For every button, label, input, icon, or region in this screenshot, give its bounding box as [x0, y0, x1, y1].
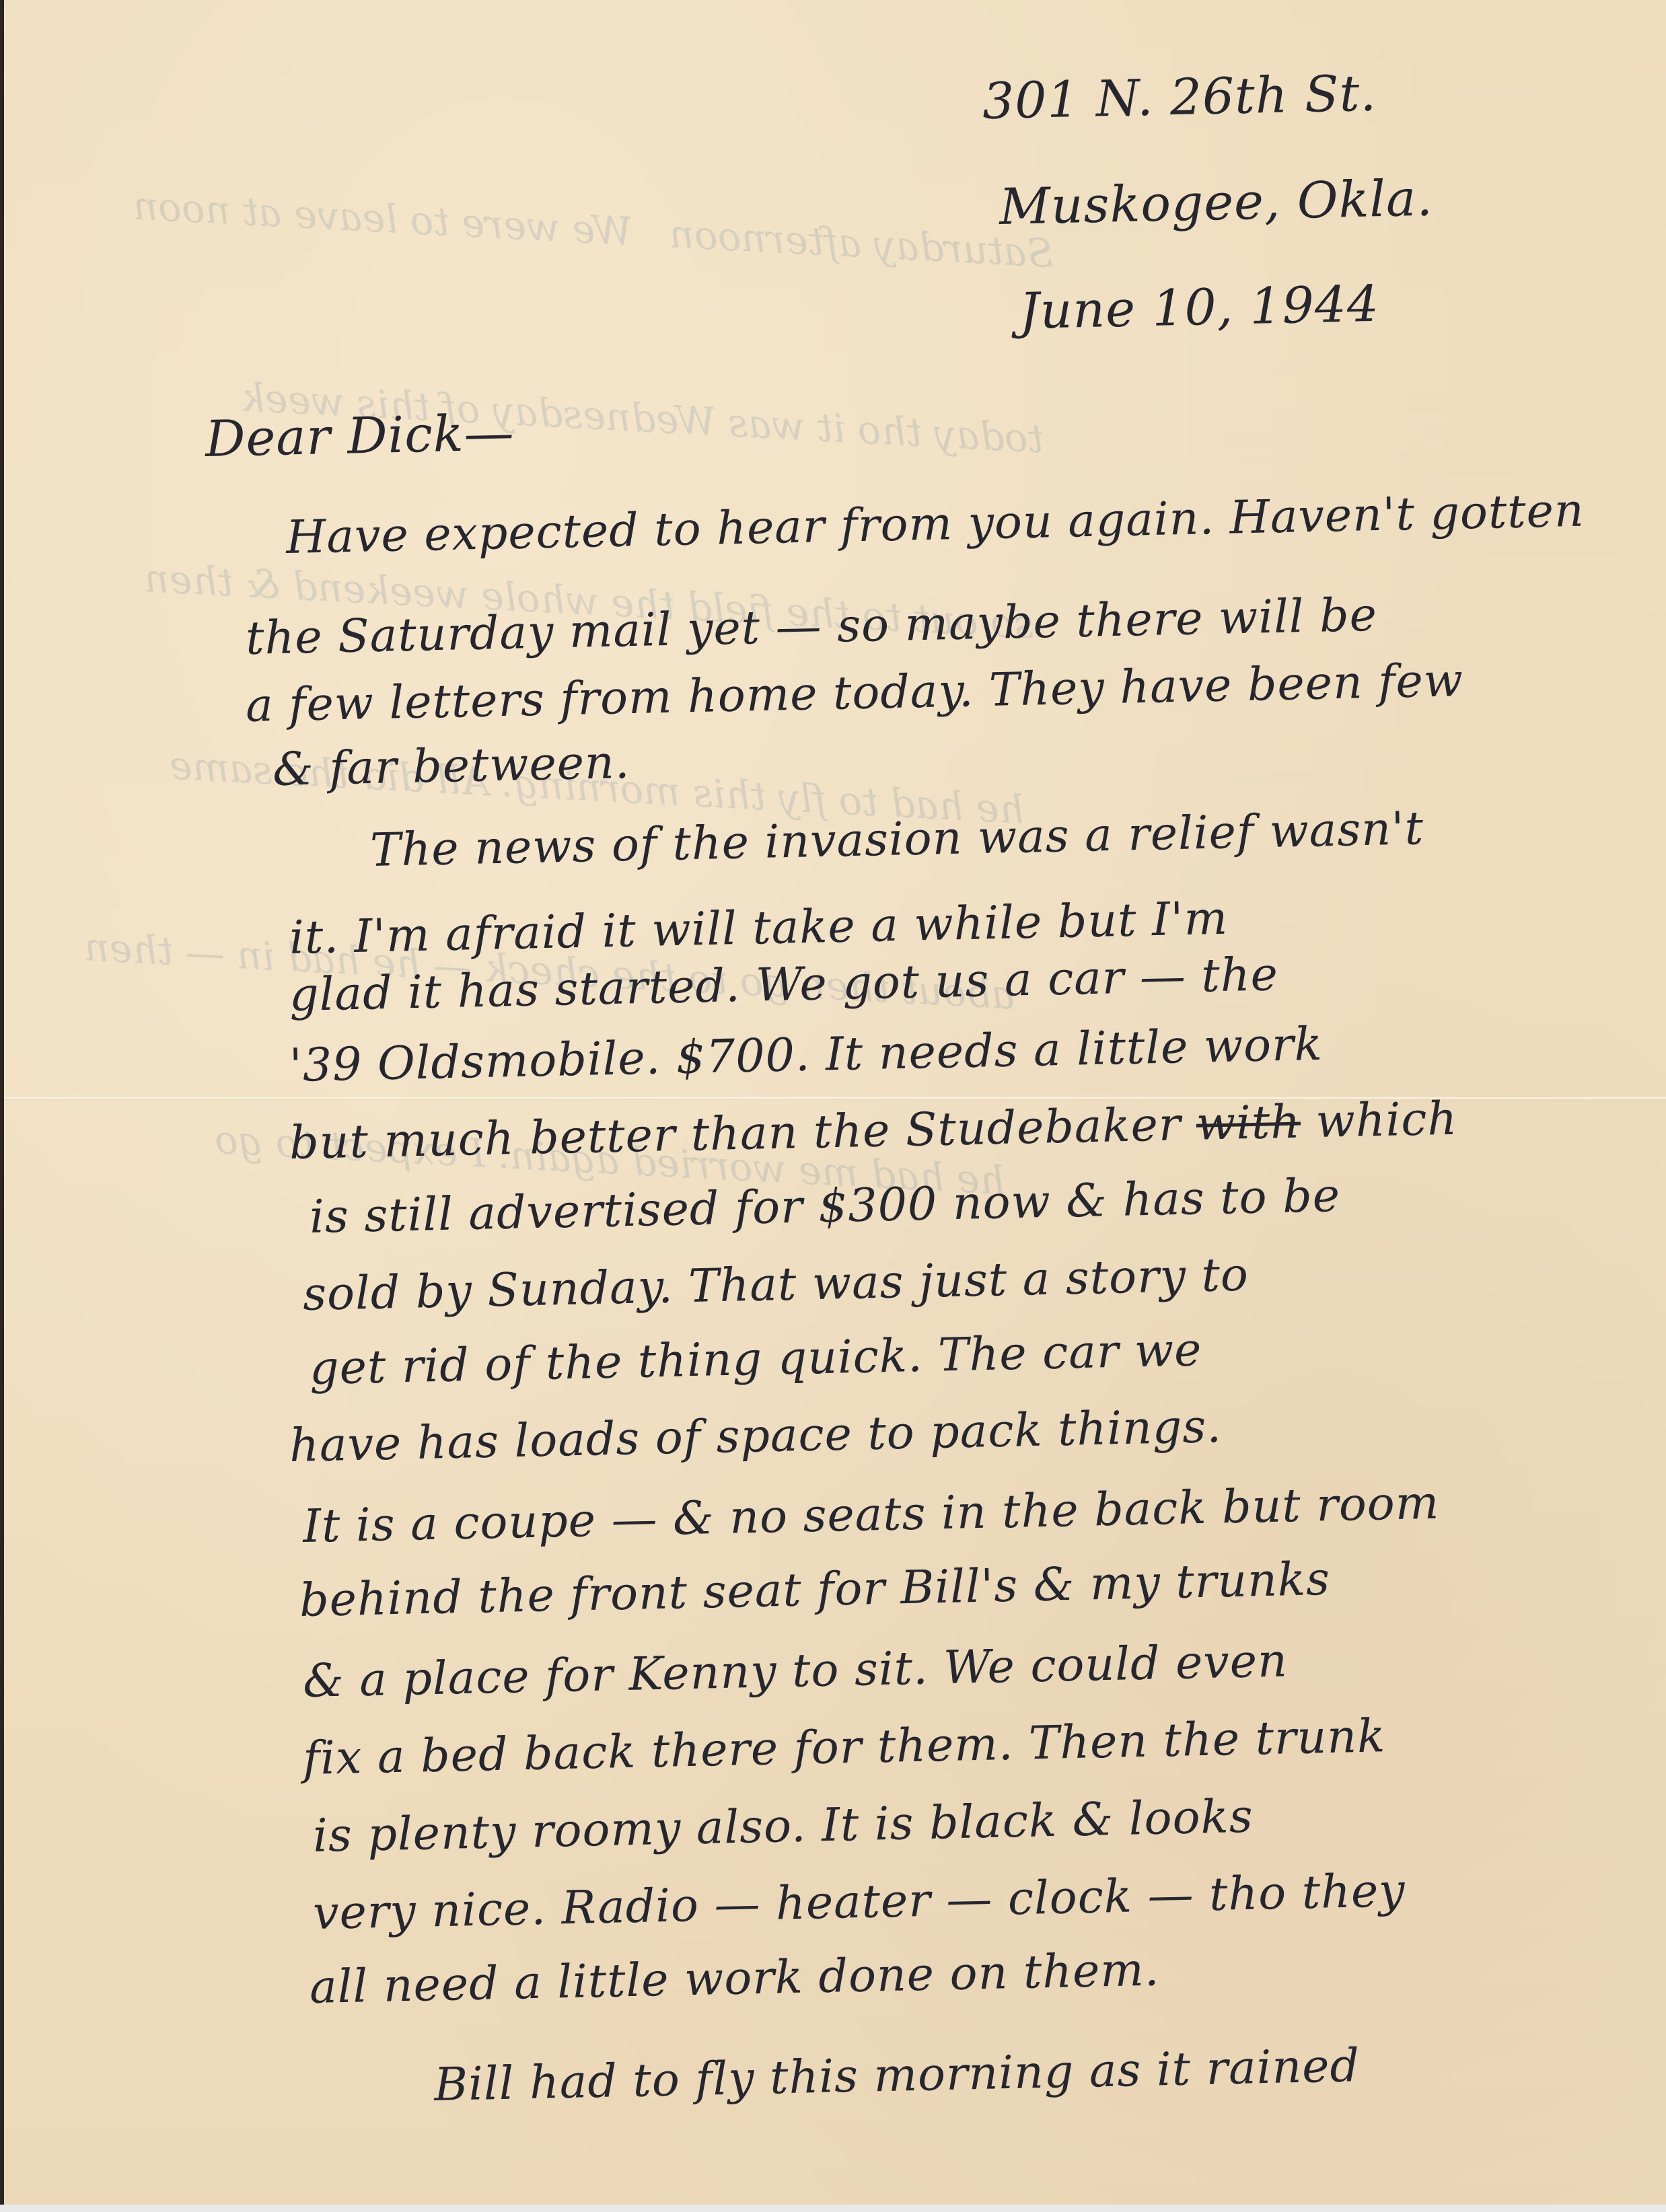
letter-line: have has loads of space to pack things.: [289, 1400, 1222, 1473]
letter-line-text: but much better than the Studebaker: [289, 1098, 1182, 1170]
letter-line: Bill had to fly this morning as it raine…: [433, 2039, 1360, 2112]
address-street: 301 N. 26th St.: [982, 65, 1377, 131]
letter-line: very nice. Radio — heater — clock — tho …: [312, 1864, 1406, 1940]
letter-line: '39 Oldsmobile. $700. It needs a little …: [289, 1018, 1323, 1093]
salutation: Dear Dick—: [205, 404, 515, 468]
bleed-line: Saturday afternoon We were to leave at n…: [122, 174, 1055, 285]
letter-line: It is a coupe — & no seats in the back b…: [302, 1477, 1440, 1553]
letter-line: fix a bed back there for them. Then the …: [302, 1709, 1386, 1785]
letter-line: is plenty roomy also. It is black & look…: [312, 1790, 1254, 1863]
letter-line-with-strikethrough: but much better than the Studebaker with…: [289, 1093, 1458, 1170]
letter-line: get rid of the thing quick. The car we: [309, 1323, 1202, 1395]
letter-line: is still advertised for $300 now & has t…: [309, 1169, 1340, 1244]
letter-line: Have expected to hear from you again. Ha…: [285, 484, 1585, 564]
address-city: Muskogee, Okla.: [999, 170, 1433, 236]
struck-word: with: [1196, 1096, 1301, 1151]
letter-line: behind the front seat for Bill's & my tr…: [299, 1553, 1330, 1627]
letter-date: June 10, 1944: [1019, 275, 1380, 340]
letter-line-text: which: [1315, 1093, 1458, 1148]
letter-page: Saturday afternoon We were to leave at n…: [0, 0, 1666, 2205]
letter-line: The news of the invasion was a relief wa…: [369, 802, 1424, 877]
letter-line: & far between.: [272, 736, 630, 797]
letter-line: sold by Sunday. That was just a story to: [302, 1249, 1249, 1321]
letter-line: a few letters from home today. They have…: [245, 654, 1463, 733]
letter-line: & a place for Kenny to sit. We could eve…: [302, 1634, 1288, 1708]
letter-line: the Saturday mail yet — so maybe there w…: [245, 589, 1377, 665]
letter-line: all need a little work done on them.: [309, 1944, 1160, 2014]
